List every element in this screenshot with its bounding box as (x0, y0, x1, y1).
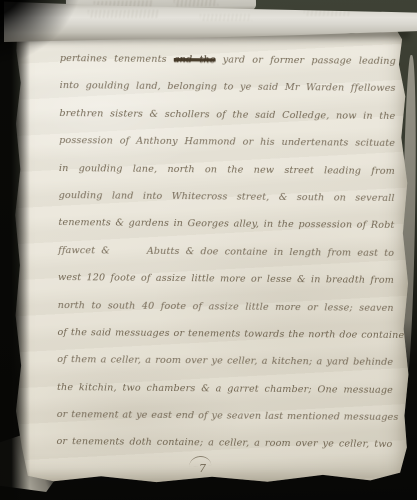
ink-showthrough (174, 0, 218, 7)
manuscript-line: of them a celler, a room over ye celler,… (57, 346, 393, 376)
line-text: pertaines tenements (60, 53, 174, 65)
manuscript-line: into goulding land, belonging to ye said… (60, 72, 396, 102)
page-number: 7 (196, 456, 211, 475)
manuscript-line: tenements & gardens in Georges alley, in… (58, 209, 394, 239)
manuscript-line: or tenements doth containe; a celler, a … (56, 428, 392, 458)
line-text: yard or former passage leading (216, 54, 396, 67)
ink-showthrough (304, 9, 350, 16)
manuscript-line: ffawcet & Abutts & doe containe in lengt… (58, 237, 394, 267)
manuscript-line: possession of Anthony Hammond or his und… (59, 127, 395, 157)
manuscript-line: in goulding lane, north on the new stree… (59, 155, 395, 185)
manuscript-photograph: pertaines tenements and the yard or form… (0, 0, 417, 500)
manuscript-line: of the said messuages or tenements towar… (57, 319, 393, 349)
manuscript-line: goulding land into Whitecross street, & … (59, 182, 395, 212)
ink-showthrough (200, 14, 252, 21)
manuscript-page: pertaines tenements and the yard or form… (14, 28, 410, 484)
ink-showthrough (88, 10, 158, 18)
book-gutter-shadow (0, 0, 30, 500)
manuscript-line: west 120 foote of assize little more or … (58, 264, 394, 294)
manuscript-line: brethren sisters & schollers of the said… (59, 100, 395, 130)
manuscript-line: north to south 40 foote of assize little… (58, 292, 394, 322)
struck-text: and the (174, 54, 216, 65)
manuscript-line: or tenement at ye east end of ye seaven … (57, 401, 393, 431)
manuscript-line: pertaines tenements and the yard or form… (60, 45, 396, 75)
manuscript-line: the kitchin, two chambers & a garret cha… (57, 374, 393, 404)
handwritten-text: pertaines tenements and the yard or form… (56, 45, 396, 459)
